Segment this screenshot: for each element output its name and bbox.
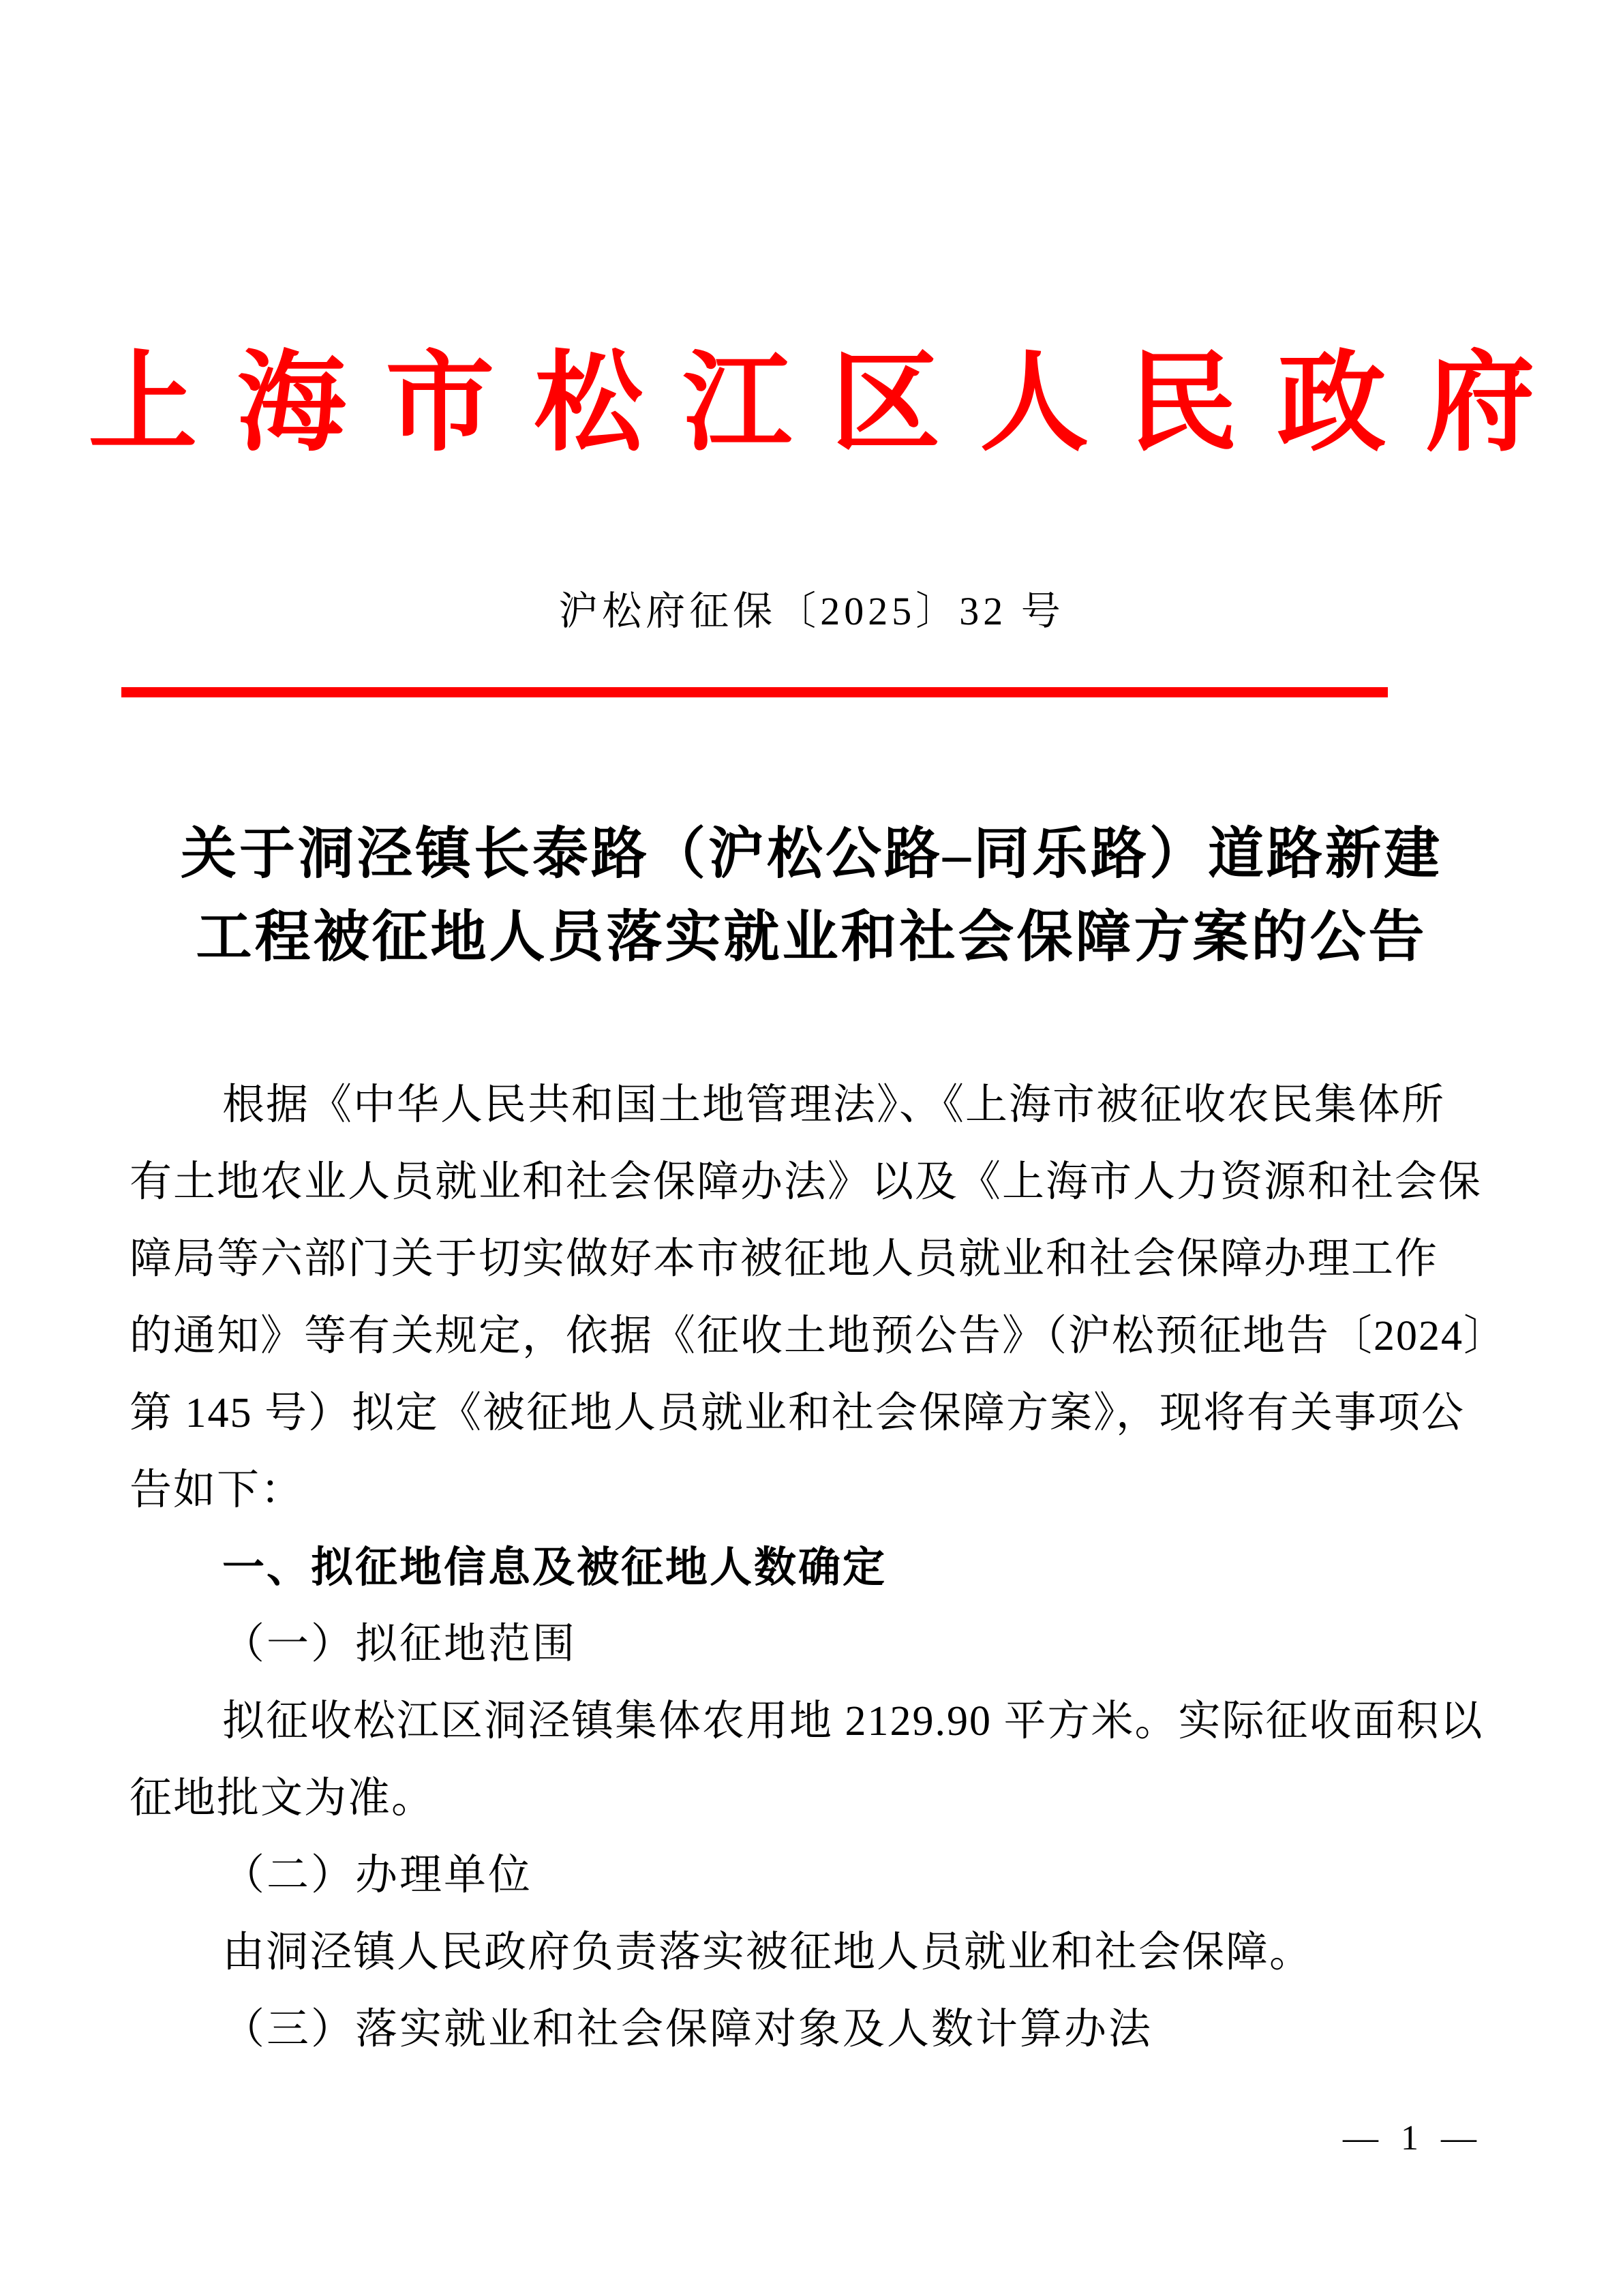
sub-heading-3: （三）落实就业和社会保障对象及人数计算办法 bbox=[130, 1991, 1500, 2068]
paragraph-line: 第 145 号）拟定《被征地人员就业和社会保障方案》，现将有关事项公 bbox=[130, 1375, 1500, 1452]
red-separator-rule bbox=[121, 687, 1388, 697]
government-header-title: 上海市松江区人民政府 bbox=[0, 335, 1623, 472]
page-number: — 1 — bbox=[1343, 2115, 1483, 2162]
sub-heading-1: （一）拟征地范围 bbox=[130, 1606, 1500, 1683]
sub-heading-2: （二）办理单位 bbox=[130, 1837, 1500, 1914]
paragraph-line: 征地批文为准。 bbox=[130, 1760, 1500, 1837]
paragraph-line: 有土地农业人员就业和社会保障办法》以及《上海市人力资源和社会保 bbox=[130, 1144, 1500, 1221]
paragraph-line: 的通知》等有关规定，依据《征收土地预公告》（沪松预征地告〔2024〕 bbox=[130, 1298, 1500, 1375]
paragraph-line: 由洞泾镇人民政府负责落实被征地人员就业和社会保障。 bbox=[130, 1914, 1500, 1991]
paragraph-line: 告如下： bbox=[130, 1452, 1500, 1529]
document-body: 根据《中华人民共和国土地管理法》、《上海市被征收农民集体所 有土地农业人员就业和… bbox=[130, 1067, 1500, 2068]
section-heading-1: 一、拟征地信息及被征地人数确定 bbox=[130, 1529, 1500, 1606]
paragraph-line: 根据《中华人民共和国土地管理法》、《上海市被征收农民集体所 bbox=[130, 1067, 1500, 1144]
paragraph-line: 障局等六部门关于切实做好本市被征地人员就业和社会保障办理工作 bbox=[130, 1221, 1500, 1298]
document-title-line-2: 工程被征地人员落实就业和社会保障方案的公告 bbox=[68, 896, 1555, 979]
document-number: 沪松府征保〔2025〕32 号 bbox=[0, 581, 1623, 642]
document-title-line-1: 关于洞泾镇长泰路（沪松公路–同乐路）道路新建 bbox=[68, 813, 1555, 896]
document-page: 上海市松江区人民政府 沪松府征保〔2025〕32 号 关于洞泾镇长泰路（沪松公路… bbox=[0, 0, 1623, 2296]
paragraph-line: 拟征收松江区洞泾镇集体农用地 2129.90 平方米。实际征收面积以 bbox=[130, 1683, 1500, 1760]
document-title: 关于洞泾镇长泰路（沪松公路–同乐路）道路新建 工程被征地人员落实就业和社会保障方… bbox=[68, 813, 1555, 979]
